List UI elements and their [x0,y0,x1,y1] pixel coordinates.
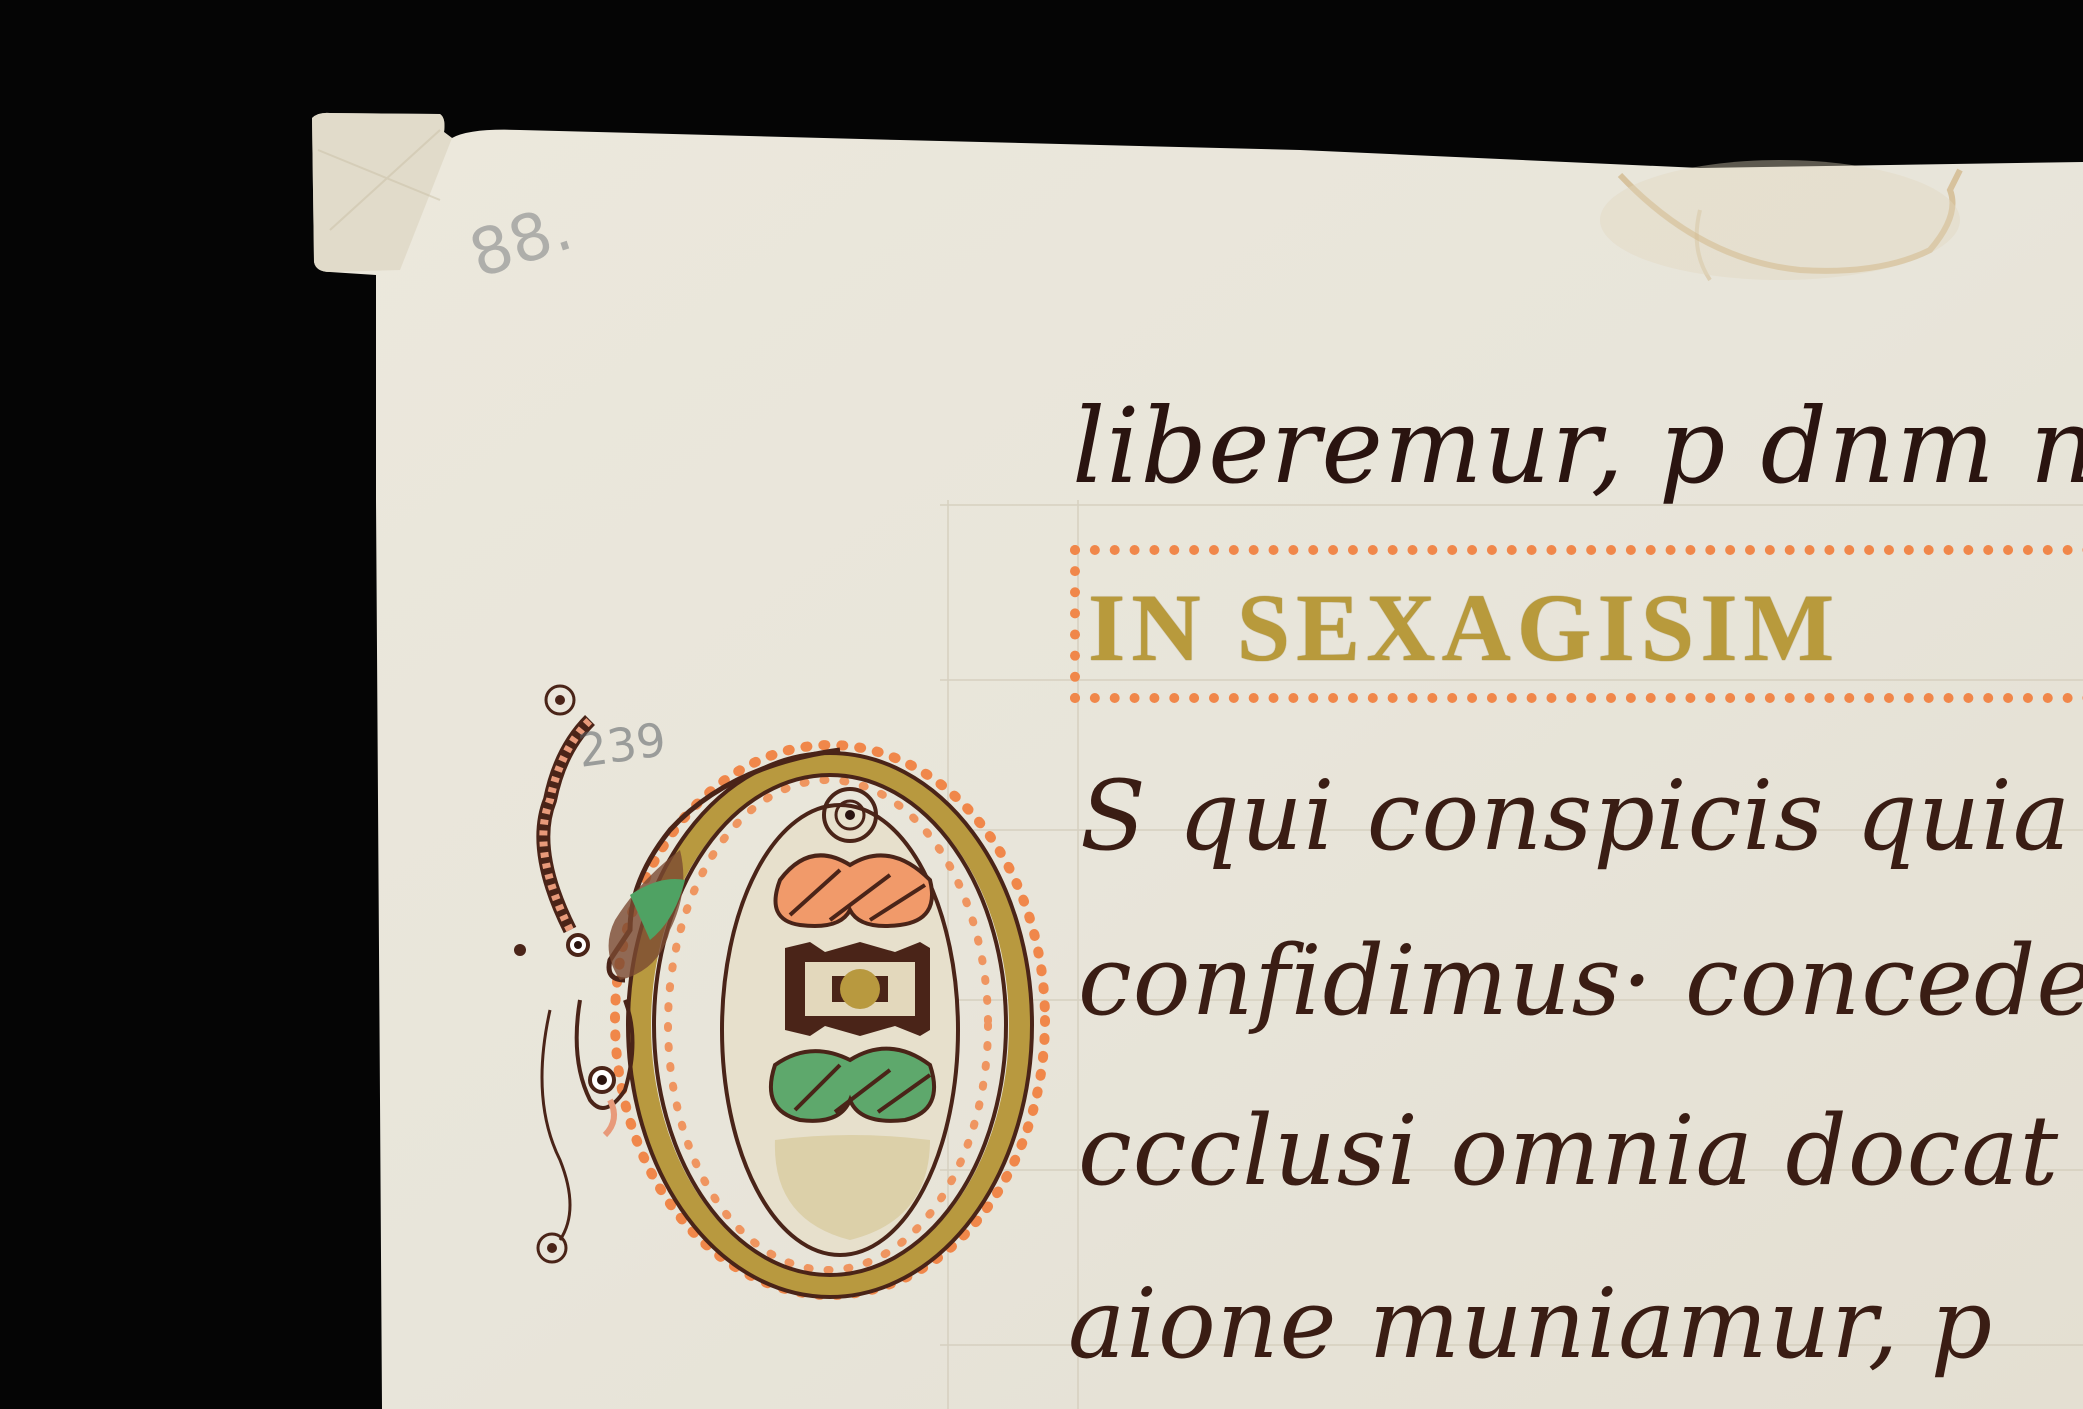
orange-knot [776,855,933,926]
text-line-3: S qui conspicis quia [1080,760,2071,872]
text-line-5: ccclusi omnia docat [1078,1095,2059,1207]
rubric-heading: IN SEXAGISIM [1088,572,1840,683]
manuscript-image: 88. liberemur, p dnm n IN SEXAGISIM S qu… [0,0,2083,1409]
text-line-4: confidimus· concede [1078,925,2083,1037]
gold-roundel-icon [840,969,880,1009]
decorated-initial [510,680,1080,1320]
text-line-6: aione muniamur, p [1068,1268,1993,1380]
text-line-1: liberemur, p dnm n [1072,385,2083,507]
